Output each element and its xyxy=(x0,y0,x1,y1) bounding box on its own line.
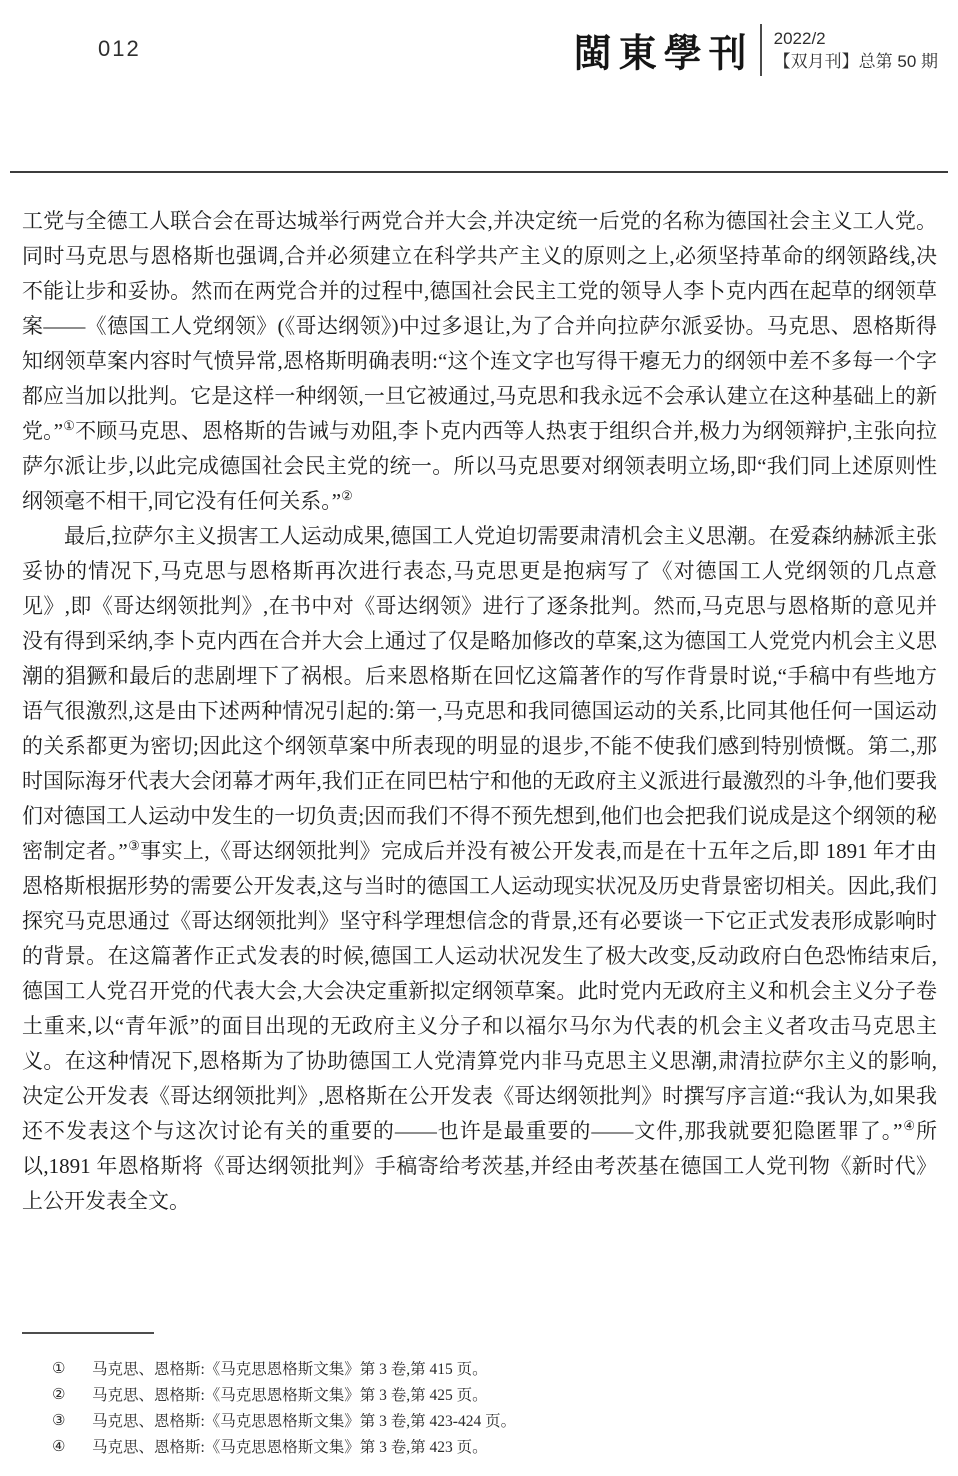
article-body: 工党与全德工人联合会在哥达城举行两党合并大会,并决定统一后党的名称为德国社会主义… xyxy=(22,204,937,1219)
footnote-marker: ① xyxy=(52,1360,92,1379)
footnote-ref: ① xyxy=(63,418,75,433)
footnotes: ①马克思、恩格斯:《马克思恩格斯文集》第 3 卷,第 415 页。②马克思、恩格… xyxy=(52,1360,912,1464)
header-rule xyxy=(10,171,948,173)
footnote-marker: ③ xyxy=(52,1412,92,1431)
volume-info: 【双月刊】总第 50 期 xyxy=(774,50,938,73)
footnote-text: 马克思、恩格斯:《马克思恩格斯文集》第 3 卷,第 423-424 页。 xyxy=(92,1412,912,1431)
footnote-marker: ④ xyxy=(52,1438,92,1457)
text-segment: 最后,拉萨尔主义损害工人运动成果,德国工人党迫切需要肃清机会主义思潮。在爱森纳赫… xyxy=(22,524,937,863)
page-number: 012 xyxy=(98,36,141,62)
journal-page: 012 閩東學刊 2022/2 【双月刊】总第 50 期 工党与全德工人联合会在… xyxy=(0,0,958,1476)
paragraph-2: 最后,拉萨尔主义损害工人运动成果,德国工人党迫切需要肃清机会主义思潮。在爱森纳赫… xyxy=(22,519,937,1219)
footnote-ref: ④ xyxy=(902,1118,916,1133)
header-divider xyxy=(760,24,762,76)
footnote-4: ④马克思、恩格斯:《马克思恩格斯文集》第 3 卷,第 423 页。 xyxy=(52,1438,912,1457)
issue-number: 2022/2 xyxy=(774,27,938,50)
footnote-separator xyxy=(22,1332,154,1334)
text-segment: 事实上,《哥达纲领批判》完成后并没有被公开发表,而是在十五年之后,即 1891 … xyxy=(22,839,937,1143)
footnote-text: 马克思、恩格斯:《马克思恩格斯文集》第 3 卷,第 425 页。 xyxy=(92,1386,912,1405)
footnote-marker: ② xyxy=(52,1386,92,1405)
footnote-ref: ② xyxy=(341,488,353,503)
footnote-2: ②马克思、恩格斯:《马克思恩格斯文集》第 3 卷,第 425 页。 xyxy=(52,1386,912,1405)
text-segment: 工党与全德工人联合会在哥达城举行两党合并大会,并决定统一后党的名称为德国社会主义… xyxy=(22,209,937,443)
footnote-3: ③马克思、恩格斯:《马克思恩格斯文集》第 3 卷,第 423-424 页。 xyxy=(52,1412,912,1431)
footnote-text: 马克思、恩格斯:《马克思恩格斯文集》第 3 卷,第 415 页。 xyxy=(92,1360,912,1379)
journal-logo: 閩東學刊 xyxy=(574,21,754,77)
footnote-1: ①马克思、恩格斯:《马克思恩格斯文集》第 3 卷,第 415 页。 xyxy=(52,1360,912,1379)
footnote-ref: ③ xyxy=(128,838,140,853)
journal-header: 閩東學刊 2022/2 【双月刊】总第 50 期 xyxy=(574,22,938,77)
text-segment: 不顾马克思、恩格斯的告诫与劝阻,李卜克内西等人热衷于组织合并,极力为纲领辩护,主… xyxy=(22,419,937,513)
issue-info: 2022/2 【双月刊】总第 50 期 xyxy=(774,27,938,73)
paragraph-1: 工党与全德工人联合会在哥达城举行两党合并大会,并决定统一后党的名称为德国社会主义… xyxy=(22,204,937,519)
footnote-text: 马克思、恩格斯:《马克思恩格斯文集》第 3 卷,第 423 页。 xyxy=(92,1438,912,1457)
